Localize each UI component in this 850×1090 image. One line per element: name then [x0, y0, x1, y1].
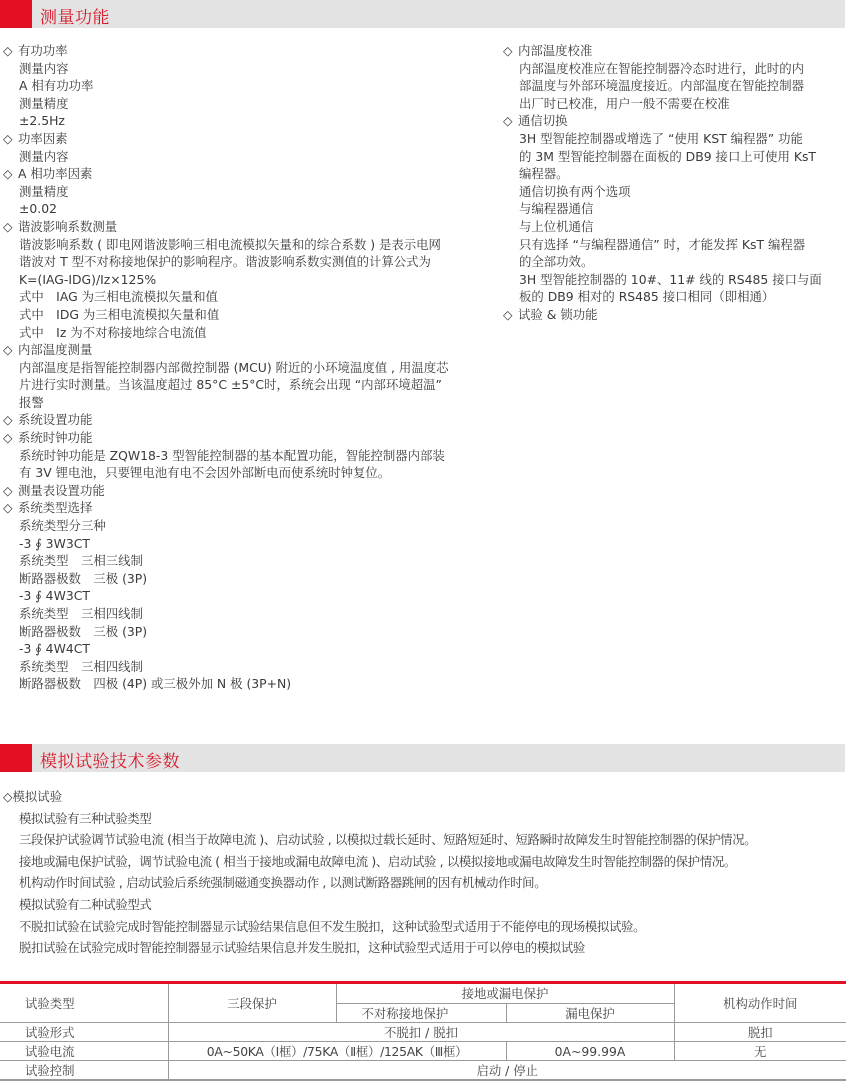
- diamond-bullet-icon: ◇: [3, 341, 18, 359]
- feature-line: 编程器。: [503, 165, 848, 183]
- section-title: 测量功能: [40, 3, 110, 28]
- feature-line: -3 ∮ 4W4CT: [3, 640, 498, 658]
- row-label: 试验电流: [0, 1042, 168, 1061]
- diamond-bullet-icon: ◇: [3, 789, 13, 804]
- simulation-line: 模拟试验有二种试验型式: [3, 894, 850, 916]
- feature-line: 系统类型分三种: [3, 517, 498, 535]
- header-three-stage: 三段保护: [168, 983, 336, 1023]
- feature-line: ±2.5Hz: [3, 112, 498, 130]
- diamond-bullet-icon: ◇: [3, 499, 18, 517]
- table-row: 试验形式 不脱扣 / 脱扣 脱扣: [0, 1023, 846, 1042]
- table-row: 试验电流 0A~50KA（Ⅰ框）/75KA（Ⅱ框）/125AK（Ⅲ框） 0A~9…: [0, 1042, 846, 1061]
- feature-heading: ◇通信切换: [503, 112, 848, 130]
- feature-line: 3H 型智能控制器或增选了 “使用 KST 编程器” 功能: [503, 130, 848, 148]
- feature-item: ◇通信切换3H 型智能控制器或增选了 “使用 KST 编程器” 功能的 3M 型…: [503, 112, 848, 306]
- feature-line: K=(IAG-IDG)/Iz×125%: [3, 271, 498, 289]
- feature-line: 断路器极数 三极 (3P): [3, 570, 498, 588]
- right-column: ◇内部温度校准内部温度校准应在智能控制器冷态时进行，此时的内部温度与外部环境温度…: [503, 42, 848, 324]
- header-leakage: 漏电保护: [506, 1003, 674, 1023]
- feature-heading: ◇系统设置功能: [3, 411, 498, 429]
- feature-line: 内部温度校准应在智能控制器冷态时进行，此时的内: [503, 60, 848, 78]
- feature-line: 部温度与外部环境温度接近。内部温度在智能控制器: [503, 77, 848, 95]
- section-header-simulation: 模拟试验技术参数: [0, 744, 845, 772]
- test-parameters-table: 试验类型 三段保护 接地或漏电保护 机构动作时间 不对称接地保护 漏电保护 试验…: [0, 981, 846, 1081]
- header-ground-leak: 接地或漏电保护: [336, 983, 674, 1004]
- feature-line: 报警: [3, 394, 498, 412]
- feature-item: ◇内部温度校准内部温度校准应在智能控制器冷态时进行，此时的内部温度与外部环境温度…: [503, 42, 848, 112]
- cell-value: 启动 / 停止: [168, 1061, 846, 1081]
- feature-line: 有 3V 锂电池，只要锂电池有电不会因外部断电而使系统时钟复位。: [3, 464, 498, 482]
- header-test-type: 试验类型: [0, 983, 168, 1023]
- diamond-bullet-icon: ◇: [3, 429, 18, 447]
- cell-value: 无: [674, 1042, 846, 1061]
- feature-line: 通信切换有两个选项: [503, 183, 848, 201]
- left-column: ◇有功功率测量内容A 相有功功率测量精度±2.5Hz◇功率因素测量内容◇A 相功…: [3, 42, 498, 693]
- feature-line: 系统类型 三相四线制: [3, 658, 498, 676]
- feature-item: ◇A 相功率因素测量精度±0.02: [3, 165, 498, 218]
- simulation-line: 三段保护试验调节试验电流 (相当于故障电流 )、启动试验 , 以模拟过载长延时、…: [3, 829, 850, 851]
- feature-line: 出厂时已校准，用户一般不需要在校准: [503, 95, 848, 113]
- feature-heading: ◇系统类型选择: [3, 499, 498, 517]
- feature-line: 与上位机通信: [503, 218, 848, 236]
- feature-line: 测量内容: [3, 60, 498, 78]
- feature-line: 断路器极数 三极 (3P): [3, 623, 498, 641]
- diamond-bullet-icon: ◇: [3, 42, 18, 60]
- diamond-bullet-icon: ◇: [503, 112, 518, 130]
- feature-line: 片进行实时测量。当该温度超过 85°C ±5°C时，系统会出现 “内部环境超温”: [3, 376, 498, 394]
- feature-line: 的 3M 型智能控制器在面板的 DB9 接口上可使用 KsT: [503, 148, 848, 166]
- section-marker: [0, 744, 32, 772]
- feature-heading: ◇内部温度测量: [3, 341, 498, 359]
- simulation-line: 接地或漏电保护试验，调节试验电流 ( 相当于接地或漏电故障电流 )、启动试验 ,…: [3, 851, 850, 873]
- section-header-measurement: 测量功能: [0, 0, 845, 28]
- cell-value: 0A~99.99A: [506, 1042, 674, 1061]
- feature-line: 的全部功效。: [503, 253, 848, 271]
- section-marker: [0, 0, 32, 28]
- simulation-line: 脱扣试验在试验完成时智能控制器显示试验结果信息并发生脱扣，这种试验型式适用于可以…: [3, 937, 850, 959]
- feature-heading: ◇谐波影响系数测量: [3, 218, 498, 236]
- feature-line: 谐波对 T 型不对称接地保护的影响程序。谐波影响系数实测值的计算公式为: [3, 253, 498, 271]
- feature-item: ◇系统类型选择系统类型分三种-3 ∮ 3W3CT系统类型 三相三线制断路器极数 …: [3, 499, 498, 693]
- feature-line: 式中 Iz 为不对称接地综合电流值: [3, 324, 498, 342]
- header-asym-ground: 不对称接地保护: [336, 1003, 506, 1023]
- feature-heading: ◇有功功率: [3, 42, 498, 60]
- feature-line: ±0.02: [3, 200, 498, 218]
- feature-heading: ◇内部温度校准: [503, 42, 848, 60]
- simulation-heading: ◇模拟试验: [3, 786, 850, 808]
- feature-line: 式中 IDG 为三相电流模拟矢量和值: [3, 306, 498, 324]
- feature-line: -3 ∮ 4W3CT: [3, 587, 498, 605]
- row-label: 试验控制: [0, 1061, 168, 1081]
- diamond-bullet-icon: ◇: [503, 42, 518, 60]
- feature-line: 系统类型 三相四线制: [3, 605, 498, 623]
- row-label: 试验形式: [0, 1023, 168, 1042]
- diamond-bullet-icon: ◇: [3, 482, 18, 500]
- table-header-row: 试验类型 三段保护 接地或漏电保护 机构动作时间: [0, 983, 846, 1004]
- simulation-line: 机构动作时间试验 , 启动试验后系统强制磁通变换器动作 , 以测试断路器跳闸的因…: [3, 872, 850, 894]
- feature-item: ◇内部温度测量内部温度是指智能控制器内部微控制器 (MCU) 附近的小环境温度值…: [3, 341, 498, 411]
- feature-item: ◇系统时钟功能系统时钟功能是 ZQW18-3 型智能控制器的基本配置功能，智能控…: [3, 429, 498, 482]
- simulation-line: 模拟试验有三种试验类型: [3, 808, 850, 830]
- section-title: 模拟试验技术参数: [40, 747, 180, 772]
- diamond-bullet-icon: ◇: [3, 218, 18, 236]
- feature-line: 3H 型智能控制器的 10#、11# 线的 RS485 接口与面: [503, 271, 848, 289]
- feature-item: ◇系统设置功能: [3, 411, 498, 429]
- diamond-bullet-icon: ◇: [503, 306, 518, 324]
- header-mechanism-time: 机构动作时间: [674, 983, 846, 1023]
- feature-line: 测量精度: [3, 183, 498, 201]
- simulation-text: ◇模拟试验 模拟试验有三种试验类型 三段保护试验调节试验电流 (相当于故障电流 …: [3, 786, 850, 959]
- feature-item: ◇有功功率测量内容A 相有功功率测量精度±2.5Hz: [3, 42, 498, 130]
- feature-line: A 相有功功率: [3, 77, 498, 95]
- feature-heading: ◇测量表设置功能: [3, 482, 498, 500]
- feature-line: 测量内容: [3, 148, 498, 166]
- diamond-bullet-icon: ◇: [3, 130, 18, 148]
- feature-item: ◇测量表设置功能: [3, 482, 498, 500]
- feature-heading: ◇A 相功率因素: [3, 165, 498, 183]
- feature-line: 只有选择 “与编程器通信” 时，才能发挥 KsT 编程器: [503, 236, 848, 254]
- cell-value: 0A~50KA（Ⅰ框）/75KA（Ⅱ框）/125AK（Ⅲ框）: [168, 1042, 506, 1061]
- simulation-line: 不脱扣试验在试验完成时智能控制器显示试验结果信息但不发生脱扣，这种试验型式适用于…: [3, 916, 850, 938]
- feature-line: 断路器极数 四极 (4P) 或三极外加 N 极 (3P+N): [3, 675, 498, 693]
- feature-heading: ◇功率因素: [3, 130, 498, 148]
- cell-value: 脱扣: [674, 1023, 846, 1042]
- feature-line: -3 ∮ 3W3CT: [3, 535, 498, 553]
- feature-heading: ◇试验 & 锁功能: [503, 306, 848, 324]
- feature-heading: ◇系统时钟功能: [3, 429, 498, 447]
- diamond-bullet-icon: ◇: [3, 411, 18, 429]
- feature-item: ◇功率因素测量内容: [3, 130, 498, 165]
- feature-line: 系统时钟功能是 ZQW18-3 型智能控制器的基本配置功能，智能控制器内部装: [3, 447, 498, 465]
- feature-line: 谐波影响系数 ( 即电网谐波影响三相电流模拟矢量和的综合系数 ) 是表示电网: [3, 236, 498, 254]
- feature-line: 板的 DB9 相对的 RS485 接口相同（即相通）: [503, 288, 848, 306]
- feature-line: 式中 IAG 为三相电流模拟矢量和值: [3, 288, 498, 306]
- cell-value: 不脱扣 / 脱扣: [168, 1023, 674, 1042]
- feature-line: 系统类型 三相三线制: [3, 552, 498, 570]
- diamond-bullet-icon: ◇: [3, 165, 18, 183]
- feature-line: 与编程器通信: [503, 200, 848, 218]
- table-row: 试验控制 启动 / 停止: [0, 1061, 846, 1081]
- feature-line: 测量精度: [3, 95, 498, 113]
- feature-item: ◇谐波影响系数测量谐波影响系数 ( 即电网谐波影响三相电流模拟矢量和的综合系数 …: [3, 218, 498, 341]
- feature-item: ◇试验 & 锁功能: [503, 306, 848, 324]
- feature-line: 内部温度是指智能控制器内部微控制器 (MCU) 附近的小环境温度值 , 用温度芯: [3, 359, 498, 377]
